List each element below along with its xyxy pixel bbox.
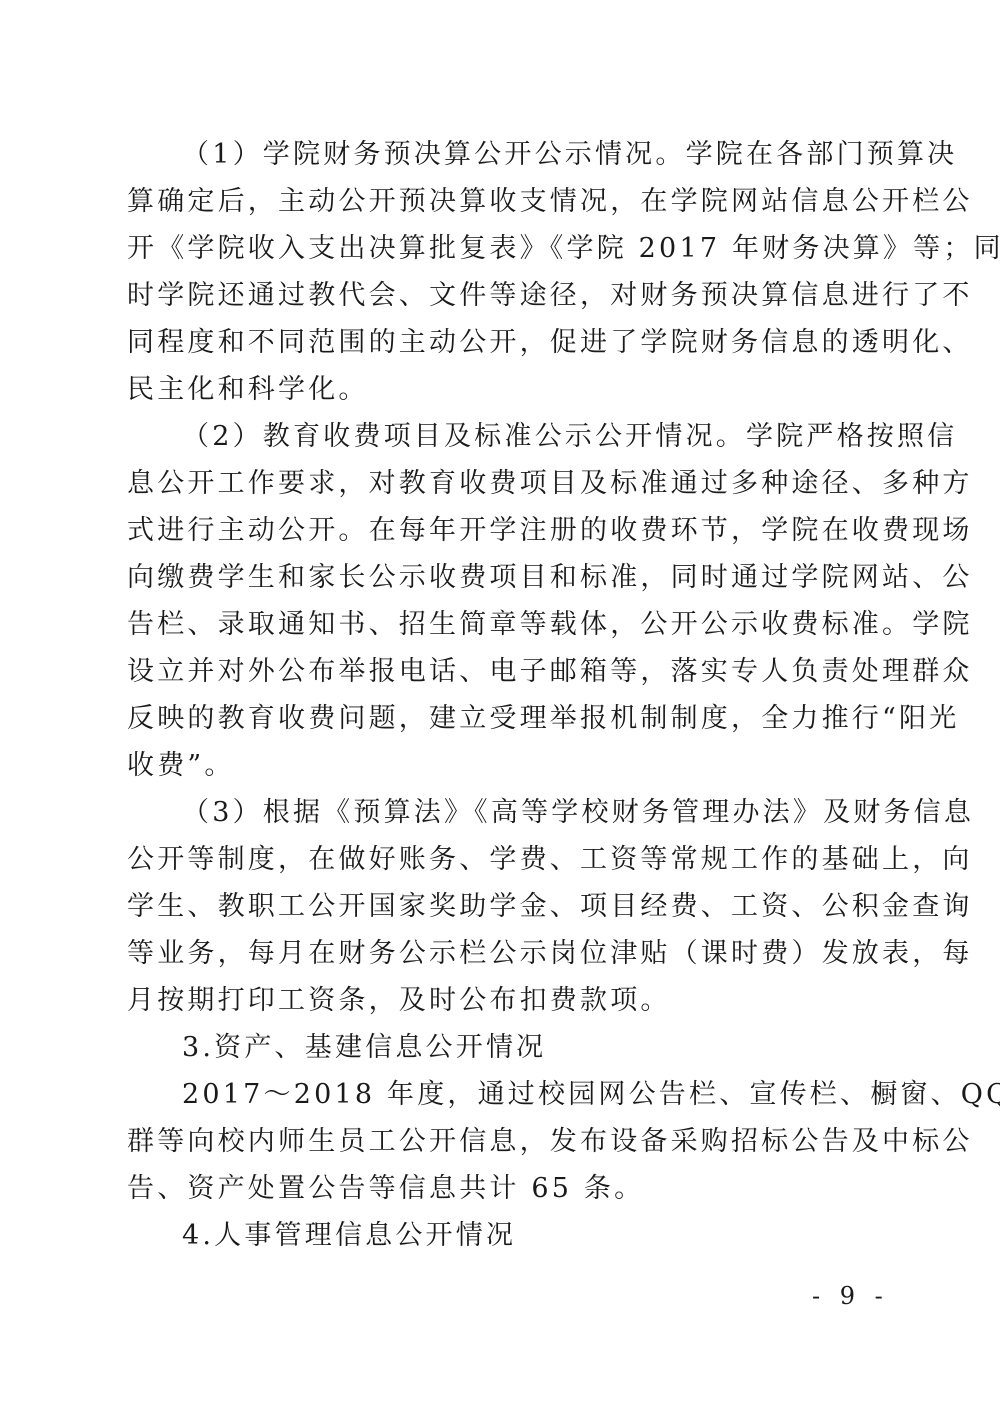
paragraph-education-fee-disclosure: （2）教育收费项目及标准公示公开情况。学院严格按照信 息公开工作要求，对教育收费… [127,413,872,789]
text-line: 民主化和科学化。 [127,366,872,413]
text-line: 反映的教育收费问题，建立受理举报机制制度，全力推行“阳光 [127,695,872,742]
text-line: 2017～2018 年度，通过校园网公告栏、宣传栏、橱窗、QQ [127,1071,872,1118]
text-line: 息公开工作要求，对教育收费项目及标准通过多种途径、多种方 [127,460,872,507]
text-line: 收费”。 [127,742,872,789]
text-line: （2）教育收费项目及标准公示公开情况。学院严格按照信 [127,413,872,460]
text-line: 开《学院收入支出决算批复表》《学院 2017 年财务决算》等；同 [127,225,872,272]
text-line: 向缴费学生和家长公示收费项目和标准，同时通过学院网站、公 [127,554,872,601]
text-line: （1）学院财务预决算公开公示情况。学院在各部门预算决 [127,131,872,178]
section-heading: 4.人事管理信息公开情况 [127,1212,872,1259]
text-line: 同程度和不同范围的主动公开，促进了学院财务信息的透明化、 [127,319,872,366]
paragraph-finance-regulations: （3）根据《预算法》《高等学校财务管理办法》及财务信息 公开等制度，在做好账务、… [127,789,872,1024]
text-line: 设立并对外公布举报电话、电子邮箱等，落实专人负责处理群众 [127,648,872,695]
text-line: 告、资产处置公告等信息共计 65 条。 [127,1165,872,1212]
text-line: 式进行主动公开。在每年开学注册的收费环节，学院在收费现场 [127,507,872,554]
document-page: （1）学院财务预决算公开公示情况。学院在各部门预算决 算确定后，主动公开预决算收… [0,0,1000,1414]
text-line: （3）根据《预算法》《高等学校财务管理办法》及财务信息 [127,789,872,836]
text-line: 公开等制度，在做好账务、学费、工资等常规工作的基础上，向 [127,836,872,883]
section-heading-assets: 3.资产、基建信息公开情况 [127,1024,872,1071]
paragraph-finance-budget-disclosure: （1）学院财务预决算公开公示情况。学院在各部门预算决 算确定后，主动公开预决算收… [127,131,872,413]
text-line: 学生、教职工公开国家奖助学金、项目经费、工资、公积金查询 [127,883,872,930]
text-line: 算确定后，主动公开预决算收支情况，在学院网站信息公开栏公 [127,178,872,225]
page-number: - 9 - [812,1282,889,1310]
text-line: 月按期打印工资条，及时公布扣费款项。 [127,977,872,1024]
section-heading-personnel: 4.人事管理信息公开情况 [127,1212,872,1259]
paragraph-assets-disclosure: 2017～2018 年度，通过校园网公告栏、宣传栏、橱窗、QQ 群等向校内师生员… [127,1071,872,1212]
text-line: 等业务，每月在财务公示栏公示岗位津贴（课时费）发放表，每 [127,930,872,977]
section-heading: 3.资产、基建信息公开情况 [127,1024,872,1071]
text-line: 时学院还通过教代会、文件等途径，对财务预决算信息进行了不 [127,272,872,319]
page-body: （1）学院财务预决算公开公示情况。学院在各部门预算决 算确定后，主动公开预决算收… [127,131,872,1259]
text-line: 告栏、录取通知书、招生简章等载体，公开公示收费标准。学院 [127,601,872,648]
text-line: 群等向校内师生员工公开信息，发布设备采购招标公告及中标公 [127,1118,872,1165]
